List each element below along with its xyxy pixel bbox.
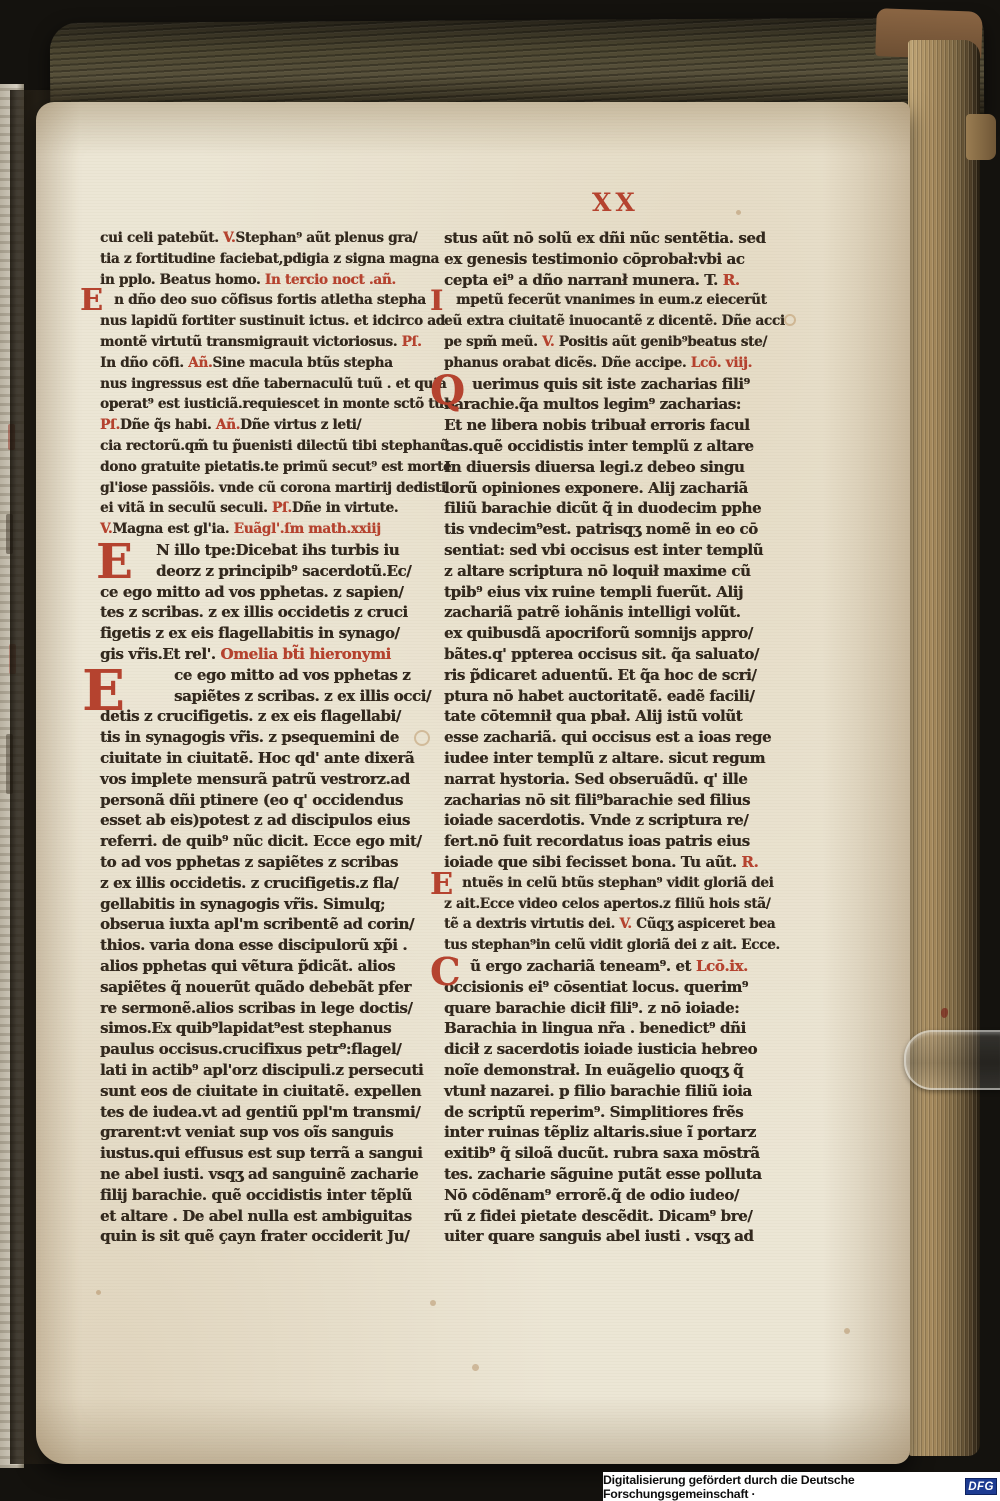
lombard-initial: E xyxy=(430,870,453,900)
text-line: referri. de quib⁹ nũc dicit. Ecce ego mi… xyxy=(100,831,421,852)
text-line: zachariã patrẽ iohãnis intelligi volũt. xyxy=(444,602,740,623)
lombard-initial: I xyxy=(430,287,443,315)
body-text: rũ z fidei pietate descẽdit. Dicam⁹ bre/ xyxy=(444,1207,752,1225)
body-text: re sermonẽ.alios scribas in lege doctis/ xyxy=(100,999,412,1017)
rubric-text: Lcō. viij. xyxy=(691,355,752,371)
text-line: Pſ.Dñe q̃s habi. Añ.Dñe virtus z leti/ xyxy=(100,415,361,436)
text-line: tes. zacharie sãguine putãt esse polluta xyxy=(444,1164,762,1185)
text-line: ptura nō habet auctoritatẽ. eadẽ facili/ xyxy=(444,686,754,707)
text-line: barachie.q̃a multos legim⁹ zacharias: xyxy=(444,394,741,415)
text-line: esse zachariã. qui occisus est a ioas re… xyxy=(444,727,771,748)
body-text: simos.Ex quib⁹lapidat⁹est stephanus xyxy=(100,1019,391,1037)
text-line: ei vitã in seculũ seculi. Pſ.Dñe in virt… xyxy=(100,498,398,519)
rubric-text: Lcō.ix. xyxy=(696,957,748,975)
rubric-text: V. xyxy=(542,334,554,350)
text-line: tes de iudea.vt ad gentiũ ppl'm transmi/ xyxy=(100,1102,420,1123)
text-line: gl'iose passiõis. vnde cũ corona martiri… xyxy=(100,478,446,499)
body-text: tus stephan⁹in celũ vidit gloriã dei z a… xyxy=(444,937,780,953)
left-text-column: cui celi patebũt. V.Stephan⁹ aũt plenus … xyxy=(100,228,436,1252)
body-text: In dño cōfi. xyxy=(100,355,188,371)
text-line: to ad vos pphetas z sapiẽtes z scribas xyxy=(100,852,398,873)
body-text: to ad vos pphetas z sapiẽtes z scribas xyxy=(100,853,398,871)
body-text: Cũqʒ aspiceret bea xyxy=(632,916,776,932)
body-text: vtunł nazarei. p filio barachie filiũ io… xyxy=(444,1082,752,1100)
body-text: esse zachariã. qui occisus est a ioas re… xyxy=(444,728,771,746)
text-line: alios pphetas qui vẽtura p̃dicãt. alios xyxy=(100,956,395,977)
rubric-text: Omelia bt̃i hieronymi xyxy=(220,645,390,663)
body-text: vos implete mensurã patrũ vestrorz.ad xyxy=(100,770,410,788)
text-line: narrat hystoria. Sed obseruãdũ. q' ille xyxy=(444,769,747,790)
body-text: detis z crucifigetis. z ex eis flagellab… xyxy=(100,707,401,725)
body-text: Et ne libera nobis tribuał erroris facul xyxy=(444,416,749,434)
stain-dot xyxy=(844,1328,850,1334)
body-text: thios. varia dona esse discipulorũ xp̃i … xyxy=(100,936,407,954)
body-text: ris p̃dicaret aduentũ. Et q̃a hoc de scr… xyxy=(444,666,756,684)
text-line: dono gratuite pietatis.te primũ secut⁹ e… xyxy=(100,457,451,478)
body-text: tes z scribas. z ex illis occidetis z cr… xyxy=(100,603,408,621)
body-text: tpib⁹ eius vix ruine templi fuerũt. Alij xyxy=(444,583,743,601)
text-line: rũ z fidei pietate descẽdit. Dicam⁹ bre/ xyxy=(444,1206,752,1227)
text-line: Nō cōdẽnam⁹ errorẽ.q̃ de odio iudeo/ xyxy=(444,1185,739,1206)
body-text: quare barachie dicił fili⁹. z nō ioiade: xyxy=(444,999,739,1017)
text-line: V.Magna est gl'ia. Euãgl'.ſm math.xxiij xyxy=(100,519,381,540)
rubric-text: Añ. xyxy=(216,417,240,433)
text-line: inter ruinas tẽpliz altaris.siue ĩ porta… xyxy=(444,1122,756,1143)
body-text: n dño deo suo cõfisus fortis atletha ste… xyxy=(114,292,426,308)
text-line: iudee inter templũ z altare. sicut regum xyxy=(444,748,765,769)
lombard-initial: E xyxy=(80,286,103,316)
footer-credit-text: Digitalisierung gefördert durch die Deut… xyxy=(603,1473,960,1501)
text-line: tia z fortitudine faciebat,pdigia z sign… xyxy=(100,249,439,270)
text-line: tas.quẽ occidistis inter templũ z altare xyxy=(444,436,753,457)
body-text: zachariã patrẽ iohãnis intelligi volũt. xyxy=(444,603,740,621)
rubric-text: Euãgl'.ſm math.xxiij xyxy=(234,521,381,537)
body-text: et altare . De abel nulla est ambiguitas xyxy=(100,1207,412,1225)
text-line: pe spm̃ meũ. V. Positis aũt genib⁹beatus… xyxy=(444,332,767,353)
body-text: filij barachie. quẽ occidistis inter tẽp… xyxy=(100,1186,412,1204)
body-text: uiter quare sanguis abel iusti . vsqʒ ad xyxy=(444,1227,753,1245)
text-line: de scriptũ reperim⁹. Simplitiores frẽs xyxy=(444,1102,743,1123)
text-line: obserua iuxta apl'm scribentẽ ad corin/ xyxy=(100,914,414,935)
body-text: Dñe in virtute. xyxy=(292,500,398,516)
text-line: ne abel iusti. vsqʒ ad sanguinẽ zacharie xyxy=(100,1164,418,1185)
body-text: ptura nō habet auctoritatẽ. eadẽ facili/ xyxy=(444,687,754,705)
body-text: Positis aũt genib⁹beatus ste/ xyxy=(554,334,767,350)
body-text: Nō cōdẽnam⁹ errorẽ.q̃ de odio iudeo/ xyxy=(444,1186,739,1204)
text-line: in pplo. Beatus homo. In tercio noct .añ… xyxy=(100,270,396,291)
body-text: bãtes.q' ppterea occisus sit. q̃a saluat… xyxy=(444,645,759,663)
body-text: cepta ei⁹ a dño narranł munera. T. xyxy=(444,271,723,289)
text-line: detis z crucifigetis. z ex eis flagellab… xyxy=(100,706,401,727)
body-text: eũ extra ciuitatẽ inuocantẽ z dicentẽ. D… xyxy=(444,313,785,329)
text-line: gis vr̃is.Et rel'. Omelia bt̃i hieronymi xyxy=(100,644,391,665)
lombard-initial: E xyxy=(82,663,125,719)
body-text: tia z fortitudine faciebat,pdigia z sign… xyxy=(100,251,439,267)
body-text: sapiẽtes z scribas. z ex illis occi/ xyxy=(174,687,431,705)
text-line: occisionis ei⁹ cōsentiat locus. querim⁹ xyxy=(444,977,748,998)
text-line: tis vndecim⁹est. patrisqʒ nomẽ in eo cō xyxy=(444,519,758,540)
body-text: sapiẽtes q̃ nouerũt quãdo debebãt pfer xyxy=(100,978,411,996)
rubric-text: R. xyxy=(741,853,758,871)
body-text: ioiade que sibi fecisset bona. Tu aũt. xyxy=(444,853,741,871)
text-line: sapiẽtes q̃ nouerũt quãdo debebãt pfer xyxy=(100,977,411,998)
lombard-initial: Q xyxy=(430,371,465,411)
body-text: z altare scriptura nō loquił maxime cũ xyxy=(444,562,750,580)
text-line: tus stephan⁹in celũ vidit gloriã dei z a… xyxy=(444,935,780,956)
page-number: XX xyxy=(592,190,639,215)
text-line: noĩe demonstrał. In euãgelio quoqʒ q̃ xyxy=(444,1060,743,1081)
body-text: inter ruinas tẽpliz altaris.siue ĩ porta… xyxy=(444,1123,756,1141)
body-text: tẽ a dextris virtutis dei. xyxy=(444,916,619,932)
body-text: tis in synagogis vr̃is. z psequemini de xyxy=(100,728,399,746)
body-text: ce ego mitto ad vos pphetas. z sapien/ xyxy=(100,583,403,601)
text-line: lati in actib⁹ apl'orz discipuli.z perse… xyxy=(100,1060,423,1081)
rubric-text: V. xyxy=(619,916,631,932)
body-text: personã dñi ptinere (eo q' occidendus xyxy=(100,791,403,809)
body-text: pe spm̃ meũ. xyxy=(444,334,542,350)
body-text: Stephan⁹ aũt plenus gra/ xyxy=(235,230,417,246)
text-line: sentiat: sed vbi occisus est inter templ… xyxy=(444,540,763,561)
body-text: quin is sit quẽ çayn frater occiderit Ju… xyxy=(100,1227,409,1245)
text-line: cepta ei⁹ a dño narranł munera. T. R. xyxy=(444,270,740,291)
text-line: deorz z principib⁹ sacerdotũ.Ec/ xyxy=(156,561,411,582)
body-text: gl'iose passiõis. vnde cũ corona martiri… xyxy=(100,480,446,496)
text-line: ris p̃dicaret aduentũ. Et q̃a hoc de scr… xyxy=(444,665,756,686)
text-line: In dño cōfi. Añ.Sine macula btũs stepha xyxy=(100,353,393,374)
body-text: barachie.q̃a multos legim⁹ zacharias: xyxy=(444,395,741,413)
body-text: tate cōtemnił qua pbał. Alij istũ volũt xyxy=(444,707,742,725)
stain-ring xyxy=(784,314,796,326)
body-text: nus ingressus est dñe tabernaculũ tuũ . … xyxy=(100,376,446,392)
text-line: cia rectorũ.qm̃ tu p̃uenisti dilectũ tib… xyxy=(100,436,449,457)
body-text: noĩe demonstrał. In euãgelio quoqʒ q̃ xyxy=(444,1061,743,1079)
dfg-logo: DFG xyxy=(965,1478,997,1495)
text-line: sunt eos de ciuitate in ciuitatẽ. expell… xyxy=(100,1081,421,1102)
text-line: esset ab eis)potest z ad discipulos eius xyxy=(100,810,410,831)
text-line: iustus.qui effusus est sup terrã a sangu… xyxy=(100,1143,422,1164)
text-line: ex quibusdã apocriforũ somnijs appro/ xyxy=(444,623,753,644)
body-text: dono gratuite pietatis.te primũ secut⁹ e… xyxy=(100,459,451,475)
body-text: in pplo. Beatus homo. xyxy=(100,272,265,288)
text-line: cui celi patebũt. V.Stephan⁹ aũt plenus … xyxy=(100,228,417,249)
rubric-text: Pſ. xyxy=(402,334,422,350)
text-line: stus aũt nō solũ ex dñi nũc sentẽtia. se… xyxy=(444,228,766,249)
body-text: N illo tpe:Dicebat ihs turbis iu xyxy=(156,541,399,559)
text-line: figetis z ex eis flagellabitis in synago… xyxy=(100,623,400,644)
text-line: ex genesis testimonio cōprobał:vbi ac xyxy=(444,249,744,270)
text-line: dicił z sacerdotis ioiade iusticia hebre… xyxy=(444,1039,757,1060)
text-line: vos implete mensurã patrũ vestrorz.ad xyxy=(100,769,410,790)
body-text: tas.quẽ occidistis inter templũ z altare xyxy=(444,437,753,455)
body-text: uerimus quis sit iste zacharias fili⁹ xyxy=(472,375,750,393)
body-text: ce ego mitto ad vos pphetas z xyxy=(174,666,410,684)
body-text: lati in actib⁹ apl'orz discipuli.z perse… xyxy=(100,1061,423,1079)
body-text: iustus.qui effusus est sup terrã a sangu… xyxy=(100,1144,422,1162)
text-line: uiter quare sanguis abel iusti . vsqʒ ad xyxy=(444,1226,753,1247)
body-text: ex genesis testimonio cōprobał:vbi ac xyxy=(444,250,744,268)
body-text: Sine macula btũs stepha xyxy=(212,355,392,371)
page-holder-clip xyxy=(904,1030,1000,1090)
book-page: XX cui celi patebũt. V.Stephan⁹ aũt plen… xyxy=(36,102,910,1464)
text-line: zacharias nō sit fili⁹barachie sed filiu… xyxy=(444,790,750,811)
body-text: ei vitã in seculũ seculi. xyxy=(100,500,272,516)
body-text: tes de iudea.vt ad gentiũ ppl'm transmi/ xyxy=(100,1103,420,1121)
text-line: personã dñi ptinere (eo q' occidendus xyxy=(100,790,403,811)
text-line: lorũ opiniones exponere. Alij zachariã xyxy=(444,478,748,499)
body-text: ũ ergo zachariã teneam⁹. et xyxy=(470,957,696,975)
text-line: ce ego mitto ad vos pphetas. z sapien/ xyxy=(100,582,403,603)
lombard-initial: C xyxy=(430,953,460,991)
body-text: cia rectorũ.qm̃ tu p̃uenisti dilectũ tib… xyxy=(100,438,449,454)
body-text: sentiat: sed vbi occisus est inter templ… xyxy=(444,541,763,559)
text-line: ciuitate in ciuitatẽ. Hoc qd' ante dixer… xyxy=(100,748,414,769)
body-text: dicił z sacerdotis ioiade iusticia hebre… xyxy=(444,1040,757,1058)
body-text: Barachia in lingua nr̃a . benedict⁹ dñi xyxy=(444,1019,746,1037)
text-line: tpib⁹ eius vix ruine templi fuerũt. Alij xyxy=(444,582,743,603)
rubric-text: Pſ. xyxy=(100,417,120,433)
text-line: fert.nō fuit recordatus ioas patris eius xyxy=(444,831,750,852)
body-text: grarent:vt veniat sup vos oĩs sanguis xyxy=(100,1123,393,1141)
body-text: figetis z ex eis flagellabitis in synago… xyxy=(100,624,400,642)
text-line: paulus occisus.crucifixus petr⁹:flagel/ xyxy=(100,1039,401,1060)
stain-dot xyxy=(430,1300,436,1306)
text-line: Barachia in lingua nr̃a . benedict⁹ dñi xyxy=(444,1018,746,1039)
text-line: ũ ergo zachariã teneam⁹. et Lcō.ix. xyxy=(470,956,748,977)
text-line: eũ extra ciuitatẽ inuocantẽ z dicentẽ. D… xyxy=(444,311,785,332)
body-text: de scriptũ reperim⁹. Simplitiores frẽs xyxy=(444,1103,743,1121)
text-line: z ait.Ecce video celos apertos.z filiũ h… xyxy=(444,894,770,915)
text-line: et altare . De abel nulla est ambiguitas xyxy=(100,1206,412,1227)
text-line: N illo tpe:Dicebat ihs turbis iu xyxy=(156,540,399,561)
text-line: ioiade sacerdotis. Vnde z scriptura re/ xyxy=(444,810,748,831)
text-line: grarent:vt veniat sup vos oĩs sanguis xyxy=(100,1122,393,1143)
text-line: tes z scribas. z ex illis occidetis z cr… xyxy=(100,602,408,623)
text-line: tẽ a dextris virtutis dei. V. Cũqʒ aspic… xyxy=(444,914,775,935)
body-text: alios pphetas qui vẽtura p̃dicãt. alios xyxy=(100,957,395,975)
page-corner-tab xyxy=(966,114,996,160)
text-line: mpetũ fecerũt vnanimes in eum.z eiecerũt xyxy=(456,290,767,311)
body-text: filiũ barachie dicũt q̃ in duodecim pphe xyxy=(444,499,761,517)
text-line: sapiẽtes z scribas. z ex illis occi/ xyxy=(174,686,431,707)
body-text: esset ab eis)potest z ad discipulos eius xyxy=(100,811,410,829)
text-line: tate cōtemnił qua pbał. Alij istũ volũt xyxy=(444,706,742,727)
body-text: tis vndecim⁹est. patrisqʒ nomẽ in eo cō xyxy=(444,520,758,538)
text-line: z ex illis occidetis. z crucifigetis.z f… xyxy=(100,873,398,894)
text-line: Et ne libera nobis tribuał erroris facul xyxy=(444,415,749,436)
body-text: referri. de quib⁹ nũc dicit. Ecce ego mi… xyxy=(100,832,421,850)
text-line: uerimus quis sit iste zacharias fili⁹ xyxy=(472,374,750,395)
body-text: cui celi patebũt. xyxy=(100,230,223,246)
body-text: stus aũt nō solũ ex dñi nũc sentẽtia. se… xyxy=(444,229,766,247)
body-text: deorz z principib⁹ sacerdotũ.Ec/ xyxy=(156,562,411,580)
text-line: In diuersis diuersa legi.z debeo singu xyxy=(444,457,744,478)
text-line: quare barachie dicił fili⁹. z nō ioiade: xyxy=(444,998,739,1019)
body-text: exitib⁹ q̃ siloã ducũt. rubra saxa mōstr… xyxy=(444,1144,759,1162)
text-line: z altare scriptura nō loquił maxime cũ xyxy=(444,561,750,582)
body-text: ioiade sacerdotis. Vnde z scriptura re/ xyxy=(444,811,748,829)
body-text: Dñe virtus z leti/ xyxy=(240,417,361,433)
rubric-text: In tercio noct .añ. xyxy=(265,272,396,288)
body-text: gellabitis in synagogis vr̃is. Simulq; xyxy=(100,895,385,913)
text-line: filij barachie. quẽ occidistis inter tẽp… xyxy=(100,1185,412,1206)
lombard-initial: E xyxy=(96,538,133,586)
body-text: sunt eos de ciuitate in ciuitatẽ. expell… xyxy=(100,1082,421,1100)
body-text: operat⁹ est iusticiã.requiescet in monte… xyxy=(100,396,457,412)
text-line: gellabitis in synagogis vr̃is. Simulq; xyxy=(100,894,385,915)
text-line: nus ingressus est dñe tabernaculũ tuũ . … xyxy=(100,374,446,395)
book-fore-edge xyxy=(908,40,980,1456)
body-text: Dñe q̃s habi. xyxy=(120,417,216,433)
body-text: montẽ virtutũ transmigrauit victoriosus. xyxy=(100,334,402,350)
body-text: ex quibusdã apocriforũ somnijs appro/ xyxy=(444,624,753,642)
rubric-text: Pſ. xyxy=(272,500,292,516)
text-line: re sermonẽ.alios scribas in lege doctis/ xyxy=(100,998,412,1019)
body-text: fert.nō fuit recordatus ioas patris eius xyxy=(444,832,750,850)
text-line: montẽ virtutũ transmigrauit victoriosus.… xyxy=(100,332,421,353)
text-line: vtunł nazarei. p filio barachie filiũ io… xyxy=(444,1081,752,1102)
text-line: ioiade que sibi fecisset bona. Tu aũt. R… xyxy=(444,852,758,873)
body-text: narrat hystoria. Sed obseruãdũ. q' ille xyxy=(444,770,747,788)
text-line: tis in synagogis vr̃is. z psequemini de xyxy=(100,727,399,748)
text-line: quin is sit quẽ çayn frater occiderit Ju… xyxy=(100,1226,409,1247)
body-text: tes. zacharie sãguine putãt esse polluta xyxy=(444,1165,762,1183)
body-text: obserua iuxta apl'm scribentẽ ad corin/ xyxy=(100,915,414,933)
body-text: nus lapidũ fortiter sustinuit ictus. et … xyxy=(100,313,445,329)
text-line: ntuẽs in celũ btũs stephan⁹ vidit gloriã… xyxy=(462,873,773,894)
body-text: ne abel iusti. vsqʒ ad sanguinẽ zacharie xyxy=(100,1165,418,1183)
stain-dot xyxy=(472,1364,479,1371)
stain-ring xyxy=(414,730,430,746)
body-text: zacharias nō sit fili⁹barachie sed filiu… xyxy=(444,791,750,809)
stain-dot xyxy=(96,1290,101,1295)
text-line: nus lapidũ fortiter sustinuit ictus. et … xyxy=(100,311,445,332)
text-line: simos.Ex quib⁹lapidat⁹est stephanus xyxy=(100,1018,391,1039)
body-text: iudee inter templũ z altare. sicut regum xyxy=(444,749,765,767)
body-text: lorũ opiniones exponere. Alij zachariã xyxy=(444,479,748,497)
text-line: n dño deo suo cõfisus fortis atletha ste… xyxy=(114,290,426,311)
body-text: In diuersis diuersa legi.z debeo singu xyxy=(444,458,744,476)
body-text: ciuitate in ciuitatẽ. Hoc qd' ante dixer… xyxy=(100,749,414,767)
text-line: bãtes.q' ppterea occisus sit. q̃a saluat… xyxy=(444,644,759,665)
body-text: occisionis ei⁹ cōsentiat locus. querim⁹ xyxy=(444,978,748,996)
body-text: ntuẽs in celũ btũs stephan⁹ vidit gloriã… xyxy=(462,875,773,891)
body-text: z ex illis occidetis. z crucifigetis.z f… xyxy=(100,874,398,892)
body-text: paulus occisus.crucifixus petr⁹:flagel/ xyxy=(100,1040,401,1058)
text-line: operat⁹ est iusticiã.requiescet in monte… xyxy=(100,394,457,415)
right-text-column: stus aũt nō solũ ex dñi nũc sentẽtia. se… xyxy=(444,228,788,1252)
body-text: phanus orabat dicẽs. Dñe accipe. xyxy=(444,355,691,371)
text-line: exitib⁹ q̃ siloã ducũt. rubra saxa mōstr… xyxy=(444,1143,759,1164)
body-text: mpetũ fecerũt vnanimes in eum.z eiecerũt xyxy=(456,292,767,308)
text-line: ce ego mitto ad vos pphetas z xyxy=(174,665,410,686)
stain-dot xyxy=(736,210,741,215)
text-line: phanus orabat dicẽs. Dñe accipe. Lcō. vi… xyxy=(444,353,752,374)
body-text: z ait.Ecce video celos apertos.z filiũ h… xyxy=(444,896,770,912)
rubric-text: V. xyxy=(223,230,235,246)
rubric-text: Añ. xyxy=(188,355,212,371)
text-line: thios. varia dona esse discipulorũ xp̃i … xyxy=(100,935,407,956)
text-line: filiũ barachie dicũt q̃ in duodecim pphe xyxy=(444,498,761,519)
rubric-text: R. xyxy=(723,271,740,289)
footer-credit-bar: Digitalisierung gefördert durch die Deut… xyxy=(603,1472,1000,1501)
